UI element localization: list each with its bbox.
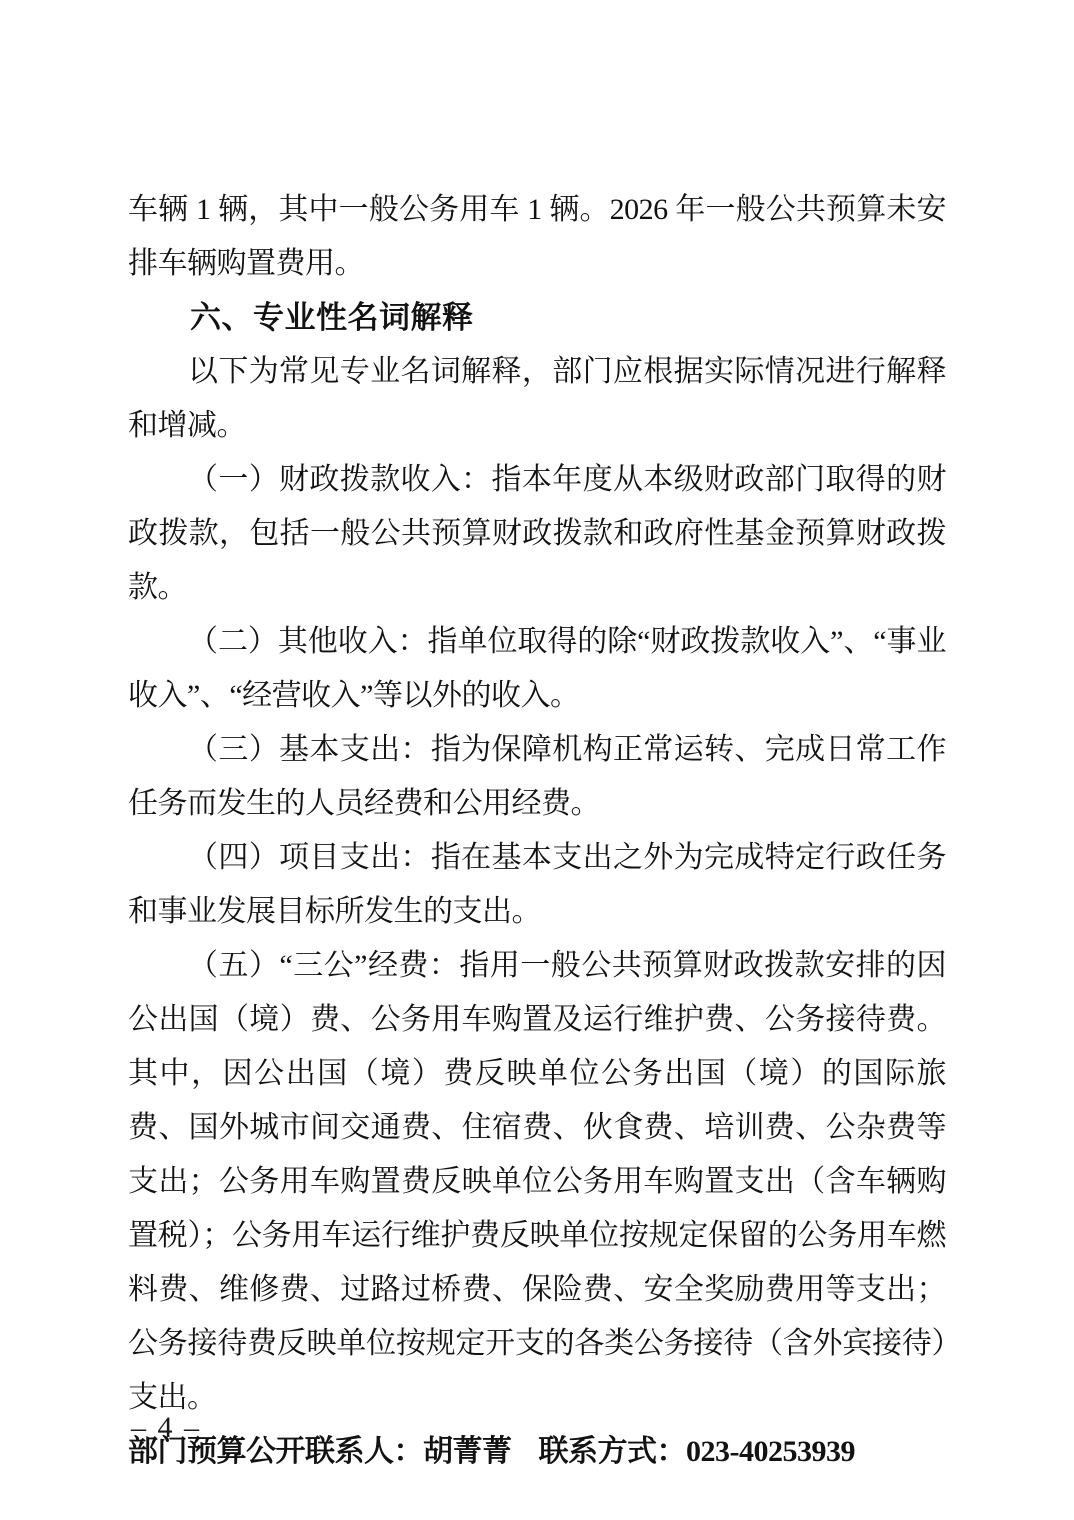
section-heading-terminology: 六、专业性名词解释 — [128, 291, 946, 345]
page-number: – 4 – — [131, 1410, 201, 1446]
contact-line: 部门预算公开联系人：胡菁菁联系方式：023-40253939 — [128, 1425, 946, 1479]
contact-person-name: 胡菁菁 — [423, 1435, 512, 1468]
contact-method-label: 联系方式： — [539, 1435, 687, 1468]
term-definition-basic-expenditure: （三）基本支出：指为保障机构正常运转、完成日常工作任务而发生的人员经费和公用经费… — [128, 723, 946, 831]
term-definition-fiscal-appropriation-income: （一）财政拨款收入：指本年度从本级财政部门取得的财政拨款，包括一般公共预算财政拨… — [128, 453, 946, 615]
paragraph-terminology-intro: 以下为常见专业名词解释，部门应根据实际情况进行解释和增减。 — [128, 345, 946, 453]
term-definition-other-income: （二）其他收入：指单位取得的除“财政拨款收入”、“事业收入”、“经营收入”等以外… — [128, 615, 946, 723]
document-content: 车辆 1 辆，其中一般公务用车 1 辆。2026 年一般公共预算未安排车辆购置费… — [128, 183, 946, 1479]
document-page: 车辆 1 辆，其中一般公务用车 1 辆。2026 年一般公共预算未安排车辆购置费… — [0, 0, 1074, 1520]
paragraph-vehicle-continuation: 车辆 1 辆，其中一般公务用车 1 辆。2026 年一般公共预算未安排车辆购置费… — [128, 183, 946, 291]
contact-phone-number: 023-40253939 — [686, 1435, 855, 1468]
term-definition-project-expenditure: （四）项目支出：指在基本支出之外为完成特定行政任务和事业发展目标所发生的支出。 — [128, 831, 946, 939]
term-definition-three-public-expenses: （五）“三公”经费：指用一般公共预算财政拨款安排的因公出国（境）费、公务用车购置… — [128, 939, 946, 1425]
